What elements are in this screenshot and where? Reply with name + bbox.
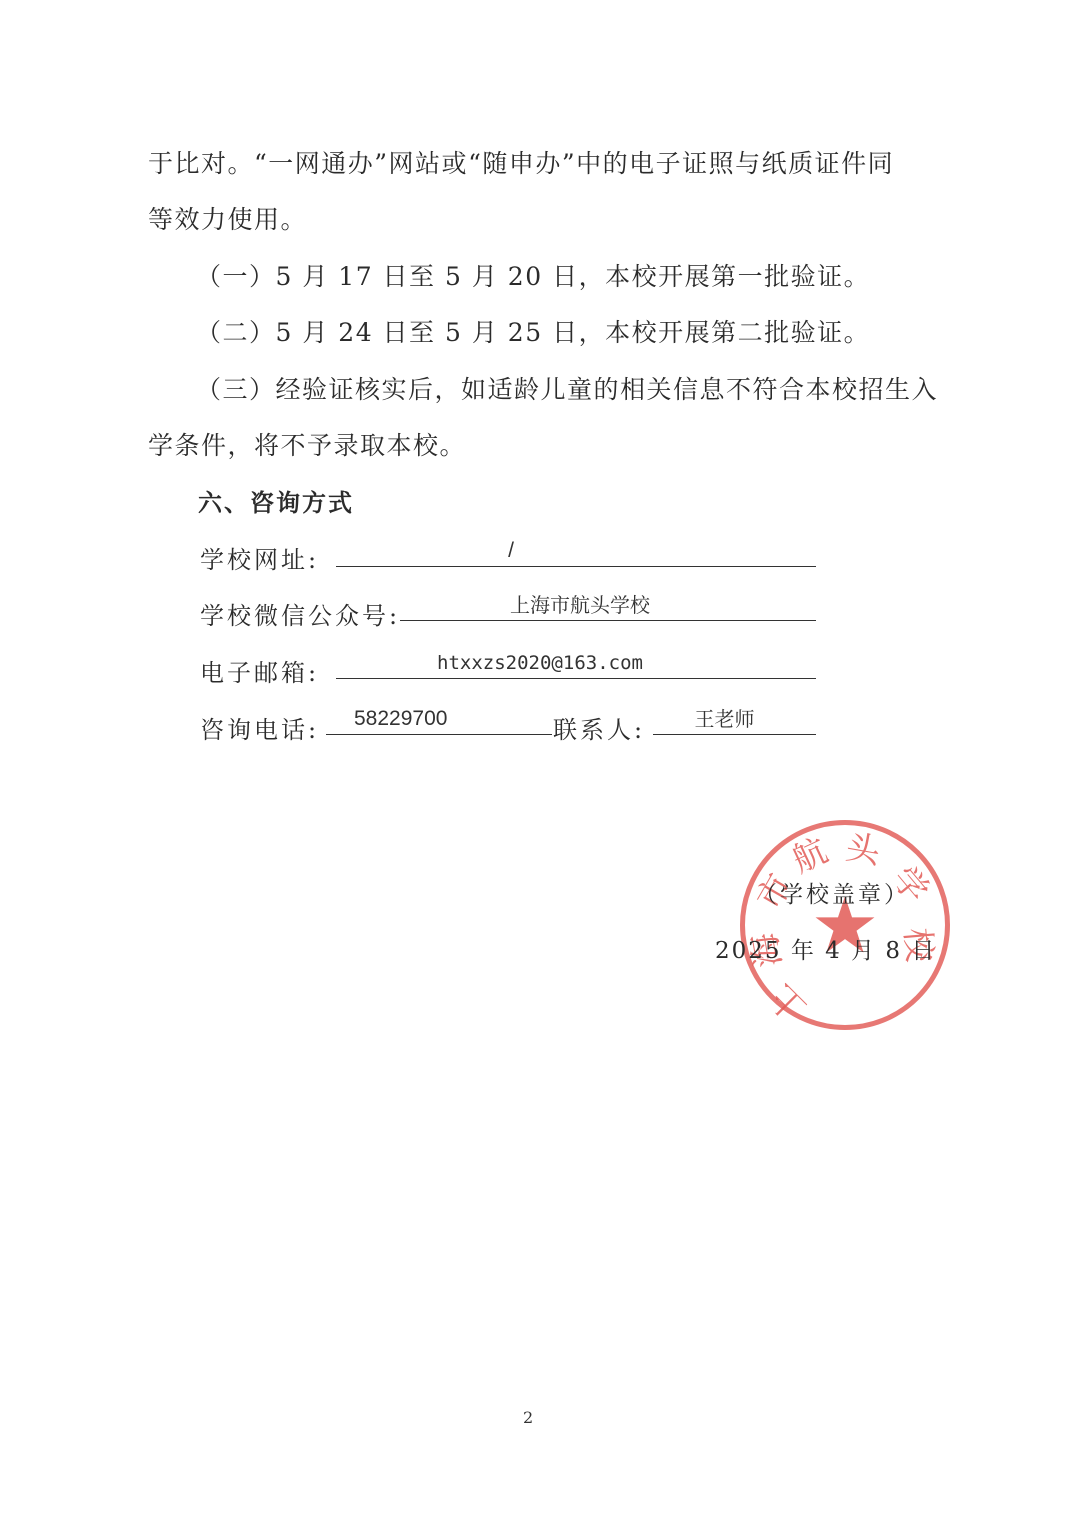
page-number: 2 xyxy=(523,1408,533,1427)
website-value: / xyxy=(508,539,514,562)
paragraph-item-3: （三）经验证核实后，如适龄儿童的相关信息不符合本校招生入 xyxy=(196,370,938,406)
phone-label: 咨询电话: xyxy=(200,710,319,745)
email-field: htxxzs2020@163.com xyxy=(336,650,816,679)
contact-person-label: 联系人: xyxy=(553,710,645,745)
paragraph-line: 学条件，将不予录取本校。 xyxy=(148,426,466,462)
section-heading: 六、咨询方式 xyxy=(198,483,354,518)
contact-person-field: 王老师 xyxy=(653,706,816,735)
contact-person-value: 王老师 xyxy=(695,707,755,731)
signing-date: 2025 年 4 月 8 日 xyxy=(715,932,936,965)
website-field: / xyxy=(336,538,816,567)
paragraph-line: 于比对。“一网通办”网站或“随申办”中的电子证照与纸质证件同 xyxy=(148,144,894,180)
phone-value: 58229700 xyxy=(354,707,447,730)
wechat-label: 学校微信公众号: xyxy=(200,596,400,631)
paragraph-item-2: （二）5 月 24 日至 5 月 25 日，本校开展第二批验证。 xyxy=(196,313,870,349)
wechat-field: 上海市航头学校 xyxy=(400,592,816,621)
email-value: htxxzs2020@163.com xyxy=(437,652,643,674)
seal-char: 头 xyxy=(840,827,886,873)
email-label: 电子邮箱: xyxy=(200,653,319,688)
wechat-value: 上海市航头学校 xyxy=(510,593,650,617)
paragraph-item-1: （一）5 月 17 日至 5 月 20 日，本校开展第一批验证。 xyxy=(196,257,870,293)
website-label: 学校网址: xyxy=(200,540,319,575)
paragraph-line: 等效力使用。 xyxy=(148,200,307,236)
phone-field: 58229700 xyxy=(326,706,552,735)
seal-note: （学校盖章） xyxy=(754,876,910,909)
